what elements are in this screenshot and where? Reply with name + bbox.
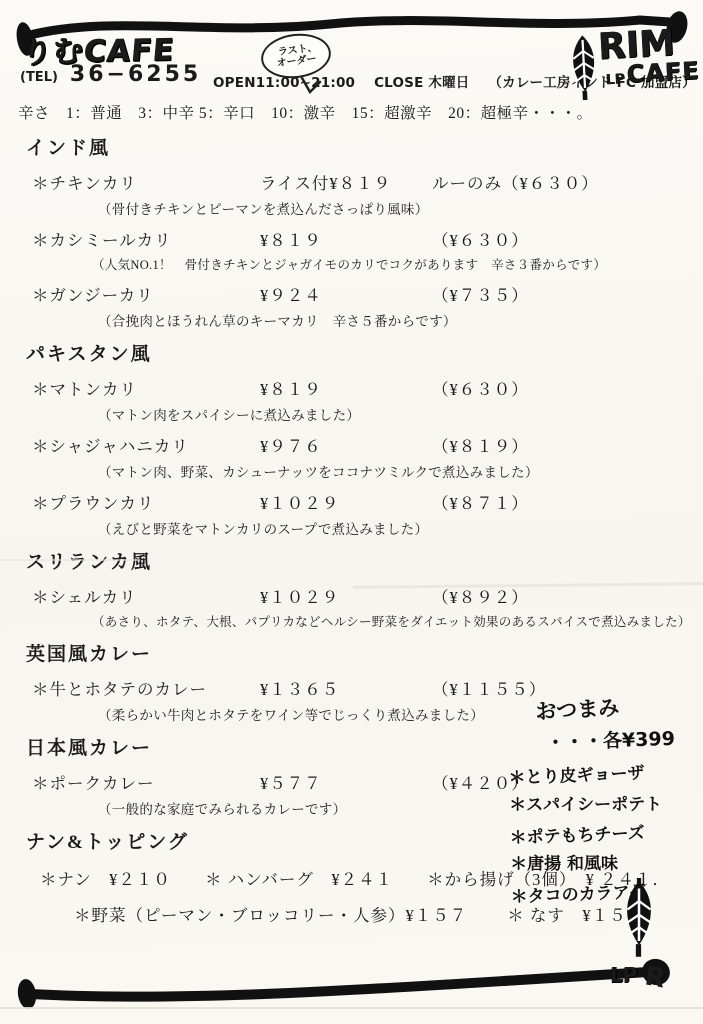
toppings-row-1: ＊ナン ¥２１０ ＊ ハンバーグ ¥２４１ ＊から揚げ（3個） ¥ ２４１． <box>40 866 567 890</box>
item-alt-price: （¥６３０） <box>432 227 567 251</box>
item-description: （合挽肉とほうれん草のキーマカリ 辛さ５番からです） <box>98 310 567 330</box>
item-name: ＊シェルカリ <box>32 584 260 608</box>
snack-item-gyoza: ＊とり皮ギョーザ <box>508 757 695 794</box>
item-description: （骨付きチキンとピーマンを煮込んださっぱり風味） <box>98 198 567 218</box>
topping-vegetables: ＊野菜（ピーマン・ブロッコリー・人参）¥１５７ <box>74 902 467 926</box>
lp-glyph: LP <box>610 963 637 987</box>
item-name: ＊チキンカリ <box>32 170 260 194</box>
item-description: （マトン肉をスパイシーに煮込みました） <box>98 404 567 424</box>
item-price: ¥８１９ <box>260 227 432 251</box>
menu-item-pork-curry: ＊ポークカレー ¥５７７ （¥４２０） <box>32 770 567 794</box>
item-description: （えびと野菜をマトンカリのスープで煮込みました） <box>98 518 567 538</box>
item-alt-price: （¥８９２） <box>432 584 567 608</box>
spice-scale-legend: 辛さ 1：普通 3：中辛 5：辛口 10：激辛 15：超激辛 20：超極辛・・・… <box>18 101 593 123</box>
lp-glyph: LP <box>605 74 625 88</box>
menu-item-prawn-curry: ＊プラウンカリ ¥１０２９ （¥８７１） <box>32 490 567 514</box>
item-name: ＊ポークカレー <box>32 770 260 794</box>
menu-item-shell-curry: ＊シェルカリ ¥１０２９ （¥８９２） <box>32 584 567 608</box>
item-price: ¥１０２９ <box>260 584 432 608</box>
item-price: ¥５７７ <box>260 770 432 794</box>
item-name: ＊牛とホタテのカレー <box>32 676 260 700</box>
menu-item-gandhi-curry: ＊ガンジーカリ ¥９２４ （¥７３５） <box>32 282 567 306</box>
item-price: ¥１３６５ <box>260 676 432 700</box>
section-title-naan-toppings: ナン&トッピング <box>26 827 567 854</box>
section-title-indian: インド風 <box>26 133 567 160</box>
leaf-icon <box>612 878 666 962</box>
telephone-line: (TEL) 36−6255 <box>20 62 201 87</box>
item-price: ライス付¥８１９ <box>260 170 432 194</box>
topping-hamburg: ＊ ハンバーグ ¥２４１ <box>205 866 393 890</box>
snacks-title: おつまみ <box>535 688 694 726</box>
item-price: ¥９７６ <box>260 433 432 457</box>
item-name: ＊マトンカリ <box>32 376 260 400</box>
snack-item-octopus-karaage: ＊タコのカラアゲ <box>510 876 697 913</box>
item-description: （柔らかい牛肉とホタテをワイン等でじっくり煮込みました） <box>98 704 567 724</box>
scanned-menu-page: りむCAFE (TEL) 36−6255 ラスト､ オーダー OPEN11:00… <box>0 0 703 1024</box>
rim-cafe-wordmark-right: RIM LP CAFE <box>597 27 700 88</box>
snack-item-spicy-potato: ＊スパイシーポテト <box>509 790 695 820</box>
menu-item-mutton-curry: ＊マトンカリ ¥８１９ （¥６３０） <box>32 376 567 400</box>
section-title-srilanka: スリランカ風 <box>26 547 567 574</box>
item-alt-price: （¥７３５） <box>432 282 567 306</box>
snacks-price: ・・・各¥399 <box>545 723 694 755</box>
item-description: （一般的な家庭でみられるカレーです） <box>98 798 567 818</box>
section-title-british: 英国風カレー <box>26 639 567 666</box>
menu-item-shahjahani-curry: ＊シャジャハニカリ ¥９７６ （¥８１９） <box>32 433 567 457</box>
item-description: （人気NO.1！ 骨付きチキンとジャガイモのカリでコクがあります 辛さ３番からで… <box>92 255 567 273</box>
menu-item-kashmir-curry: ＊カシミールカリ ¥８１９ （¥６３０） <box>32 227 567 251</box>
item-name: ＊カシミールカリ <box>32 227 260 251</box>
rim-cafe-logo-right: RIM LP CAFE <box>563 27 701 108</box>
close-day: CLOSE 木曜日 <box>374 75 469 91</box>
cafe-word: CAFE <box>626 61 700 86</box>
item-description: （あさり、ホタテ、大根、パプリカなどヘルシー野菜をダイエット効果のあるスパイスで… <box>92 612 567 630</box>
item-alt-price: （¥８７１） <box>432 490 567 514</box>
tel-label: (TEL) <box>20 70 58 85</box>
rim-cafe-leaf-mark-bottom: LP R <box>612 878 666 993</box>
item-name: ＊シャジャハニカリ <box>32 433 260 457</box>
stamp-tail-icon <box>300 76 324 96</box>
item-name: ＊ガンジーカリ <box>32 282 260 306</box>
toppings-row-2: ＊野菜（ピーマン・ブロッコリー・人参）¥１５７ ＊ なす ¥１５７ <box>74 902 567 926</box>
section-title-japanese: 日本風カレー <box>26 733 567 760</box>
item-price: ¥８１９ <box>260 376 432 400</box>
handwritten-r: R <box>643 961 668 994</box>
item-price: ¥１０２９ <box>260 490 432 514</box>
topping-naan: ＊ナン ¥２１０ <box>40 866 171 890</box>
tel-number: 36−6255 <box>70 62 201 87</box>
menu-item-beef-scallop-curry: ＊牛とホタテのカレー ¥１３６５ （¥１１５５） <box>32 676 567 700</box>
item-description: （マトン肉、野菜、カシューナッツをココナツミルクで煮込みました） <box>98 461 567 481</box>
item-price: ¥９２４ <box>260 282 432 306</box>
item-alt-price: （¥８１９） <box>432 433 567 457</box>
section-title-pakistan: パキスタン風 <box>26 339 567 366</box>
item-name: ＊プラウンカリ <box>32 490 260 514</box>
item-alt-price: （¥６３０） <box>432 376 567 400</box>
hand-drawn-bottom-rule <box>0 948 703 1018</box>
snack-item-potemochi-cheese: ＊ポテもちチーズ <box>509 817 696 854</box>
menu-body: インド風 ＊チキンカリ ライス付¥８１９ ルーのみ（¥６３０） （骨付きチキンと… <box>22 127 567 926</box>
menu-item-chicken-curry: ＊チキンカリ ライス付¥８１９ ルーのみ（¥６３０） <box>32 170 567 194</box>
item-alt-price: ルーのみ（¥６３０） <box>432 170 599 194</box>
snack-item-karaage-wafu: ＊唐揚 和風味 <box>510 850 696 880</box>
handwritten-snacks-note: おつまみ ・・・各¥399 ＊とり皮ギョーザ ＊スパイシーポテト ＊ポテもちチー… <box>507 690 697 911</box>
